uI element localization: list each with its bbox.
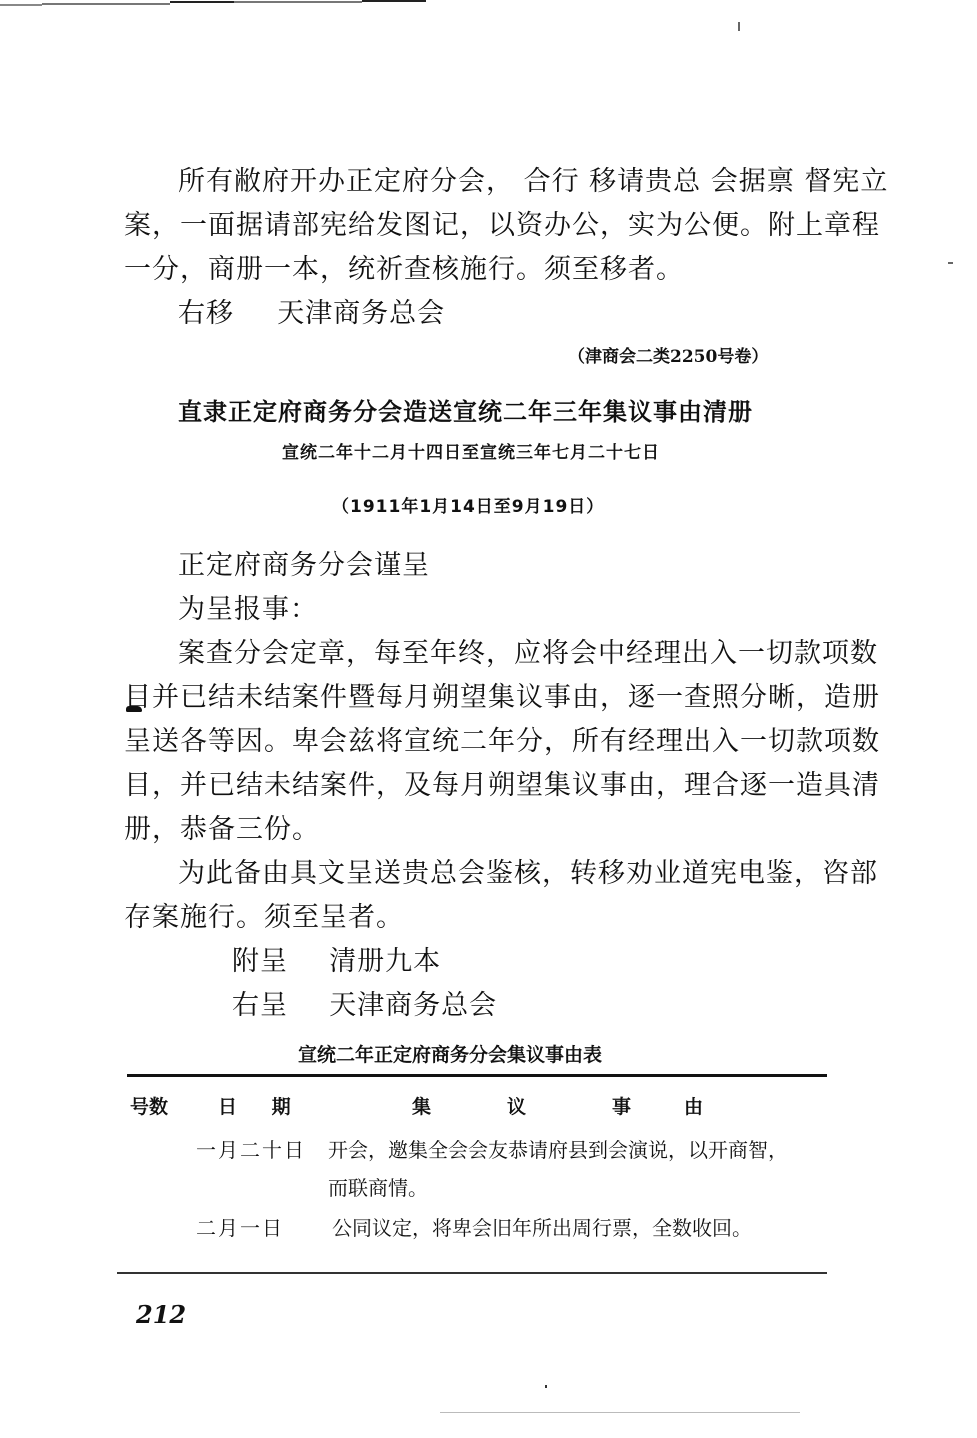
ink-blot — [126, 706, 142, 712]
closing-line: 存案施行。须至呈者。 — [124, 896, 404, 940]
table-top-rule — [127, 1074, 827, 1077]
scan-speck — [948, 262, 953, 264]
addressee-line: 右呈 天津商务总会 — [232, 984, 497, 1028]
page-number: 212 — [136, 1300, 186, 1329]
scan-edge-rule — [42, 3, 170, 5]
header-char: 集 — [412, 1092, 431, 1119]
body-line: 目，并已结未结案件，及每月朔望集议事由，理合逐一造具清 — [124, 764, 880, 808]
body-line: 案查分会定章，每至年终，应将会中经理出入一切款项数 — [178, 632, 878, 676]
attachment-line: 附呈 清册九本 — [232, 940, 441, 984]
closing-line: 为此备由具文呈送贵总会鉴核，转移劝业道宪电鉴，咨部 — [178, 852, 878, 896]
addressee-recipient: 天津商务总会 — [277, 298, 445, 329]
attachment-label: 附呈 — [232, 946, 288, 977]
addressee-label: 右移 — [178, 298, 234, 329]
row-reason-line: 公同议定，将卑会旧年所出周行票，全数收回。 — [332, 1212, 752, 1241]
addressee-line: 右移 天津商务总会 — [178, 292, 445, 336]
scan-edge-rule — [0, 4, 42, 6]
source-note: （津商会二类2250号卷） — [568, 342, 768, 367]
addressee-label: 右呈 — [232, 990, 288, 1021]
scan-edge-rule — [234, 1, 362, 3]
header-char: 由 — [684, 1092, 703, 1119]
attachment-value: 清册九本 — [329, 946, 441, 977]
table-header-number: 号数 — [130, 1092, 168, 1119]
row-reason-line: 开会，邀集全会会友恭请府县到会演说，以开商智， — [328, 1134, 788, 1163]
scan-speck — [440, 1412, 800, 1413]
body-line: 目并已结未结案件暨每月朔望集议事由，逐一查照分晰，造册 — [124, 676, 880, 720]
scan-speck — [738, 22, 740, 31]
paragraph-line: 案，一面据请部宪给发图记，以资办公，实为公便。附上章程 — [124, 204, 880, 248]
body-line: 呈送各等因。卑会兹将宣统二年分，所有经理出入一切款项数 — [124, 720, 880, 764]
sender-line: 正定府商务分会谨呈 — [178, 544, 430, 588]
row-date: 一月二十日 — [196, 1134, 306, 1163]
scan-edge-rule — [170, 1, 234, 3]
header-char: 议 — [507, 1092, 526, 1119]
header-char: 事 — [612, 1092, 631, 1119]
paragraph-line: 所有敝府开办正定府分会， 合行 移请贵总 会据禀 督宪立 — [178, 160, 888, 204]
scan-speck — [545, 1385, 547, 1388]
table-header-date: 日 期 — [218, 1092, 305, 1119]
row-reason-line: 而联商情。 — [328, 1172, 428, 1201]
subject-line: 为呈报事： — [178, 588, 318, 632]
row-date: 二月一日 — [196, 1212, 284, 1241]
paragraph-line: 一分，商册一本，统祈查核施行。须至移者。 — [124, 248, 684, 292]
document-title: 直隶正定府商务分会造送宣统二年三年集议事由清册 — [178, 392, 753, 427]
page-bottom-rule — [117, 1272, 827, 1274]
document-date-range-gregorian: （1911年1月14日至9月19日） — [332, 492, 604, 517]
body-line: 册，恭备三份。 — [124, 808, 320, 852]
document-date-range: 宣统二年十二月十四日至宣统三年七月二十七日 — [282, 438, 660, 463]
table-title: 宣统二年正定府商务分会集议事由表 — [298, 1040, 602, 1067]
addressee-recipient: 天津商务总会 — [329, 990, 497, 1021]
scan-edge-rule — [362, 0, 426, 2]
